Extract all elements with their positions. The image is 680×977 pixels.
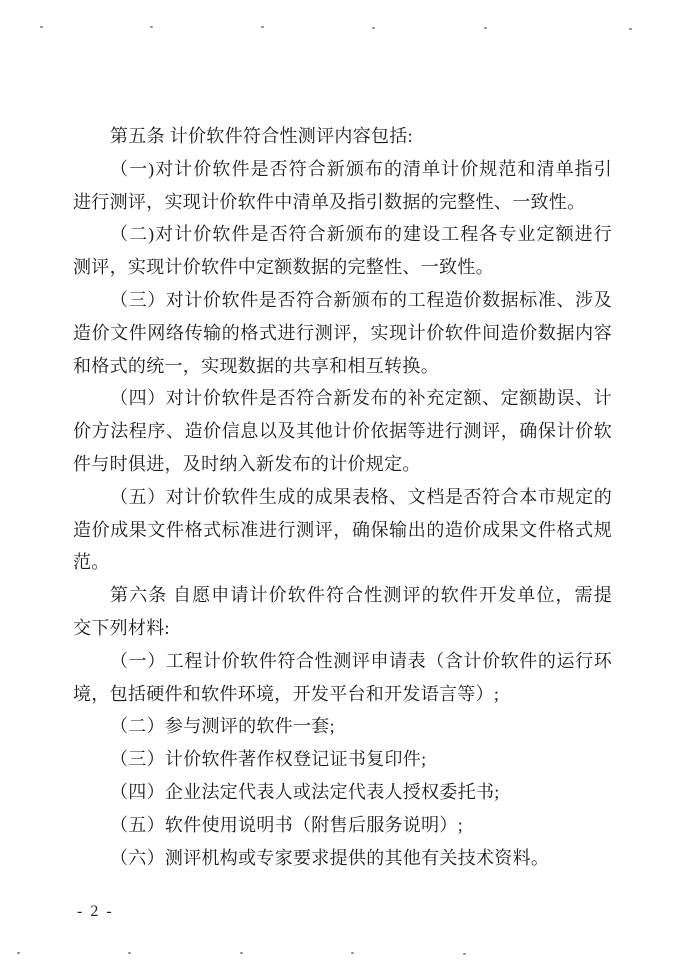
document-body: 第五条 计价软件符合性测评内容包括:（一)对计价软件是否符合新颁布的清单计价规范… [73, 120, 612, 874]
text-line: （三）计价软件著作权登记证书复印件; [73, 743, 612, 776]
text-line: 和格式的统一，实现数据的共享和相互转换。 [73, 350, 612, 383]
scan-speck-icon [261, 26, 264, 28]
scan-speck-icon [40, 26, 43, 28]
text-line: 交下列材料: [73, 612, 612, 645]
text-line: （二）参与测评的软件一套; [73, 710, 612, 743]
scan-speck-icon [351, 952, 354, 954]
text-line: （二)对计价软件是否符合新颁布的建设工程各专业定额进行 [73, 218, 612, 251]
page-number: - 2 - [77, 903, 114, 921]
text-line: （一）工程计价软件符合性测评申请表（含计价软件的运行环 [73, 645, 612, 678]
scan-speck-icon [484, 27, 487, 29]
text-line: （六）测评机构或专家要求提供的其他有关技术资料。 [73, 842, 612, 875]
scan-speck-icon [240, 952, 243, 954]
text-line: （五）软件使用说明书（附售后服务说明）; [73, 809, 612, 842]
text-line: 第五条 计价软件符合性测评内容包括: [73, 120, 612, 153]
text-line: 范。 [73, 546, 612, 579]
text-line: 件与时俱进，及时纳入新发布的计价规定。 [73, 448, 612, 481]
text-line: 境，包括硬件和软件环境，开发平台和开发语言等）; [73, 678, 612, 711]
scan-speck-icon [463, 953, 466, 955]
text-line: （四）企业法定代表人或法定代表人授权委托书; [73, 776, 612, 809]
text-line: 造价成果文件格式标准进行测评，确保输出的造价成果文件格式规 [73, 514, 612, 547]
scan-speck-icon [372, 27, 375, 29]
scan-speck-icon [17, 952, 20, 954]
text-line: 造价文件网络传输的格式进行测评，实现计价软件间造价数据内容 [73, 317, 612, 350]
text-line: 价方法程序、造价信息以及其他计价依据等进行测评，确保计价软 [73, 415, 612, 448]
text-line: （四）对计价软件是否符合新发布的补充定额、定额勘误、计 [73, 382, 612, 415]
scan-speck-icon [629, 28, 632, 30]
text-line: （一)对计价软件是否符合新颁布的清单计价规范和清单指引 [73, 153, 612, 186]
scan-speck-icon [128, 952, 131, 954]
scan-speck-icon [150, 26, 153, 28]
text-line: （三）对计价软件是否符合新颁布的工程造价数据标准、涉及 [73, 284, 612, 317]
text-line: 测评，实现计价软件中定额数据的完整性、一致性。 [73, 251, 612, 284]
text-line: 第六条 自愿申请计价软件符合性测评的软件开发单位，需提 [73, 579, 612, 612]
text-line: （五）对计价软件生成的成果表格、文档是否符合本市规定的 [73, 481, 612, 514]
page: 第五条 计价软件符合性测评内容包括:（一)对计价软件是否符合新颁布的清单计价规范… [0, 0, 680, 977]
text-line: 进行测评，实现计价软件中清单及指引数据的完整性、一致性。 [73, 186, 612, 219]
